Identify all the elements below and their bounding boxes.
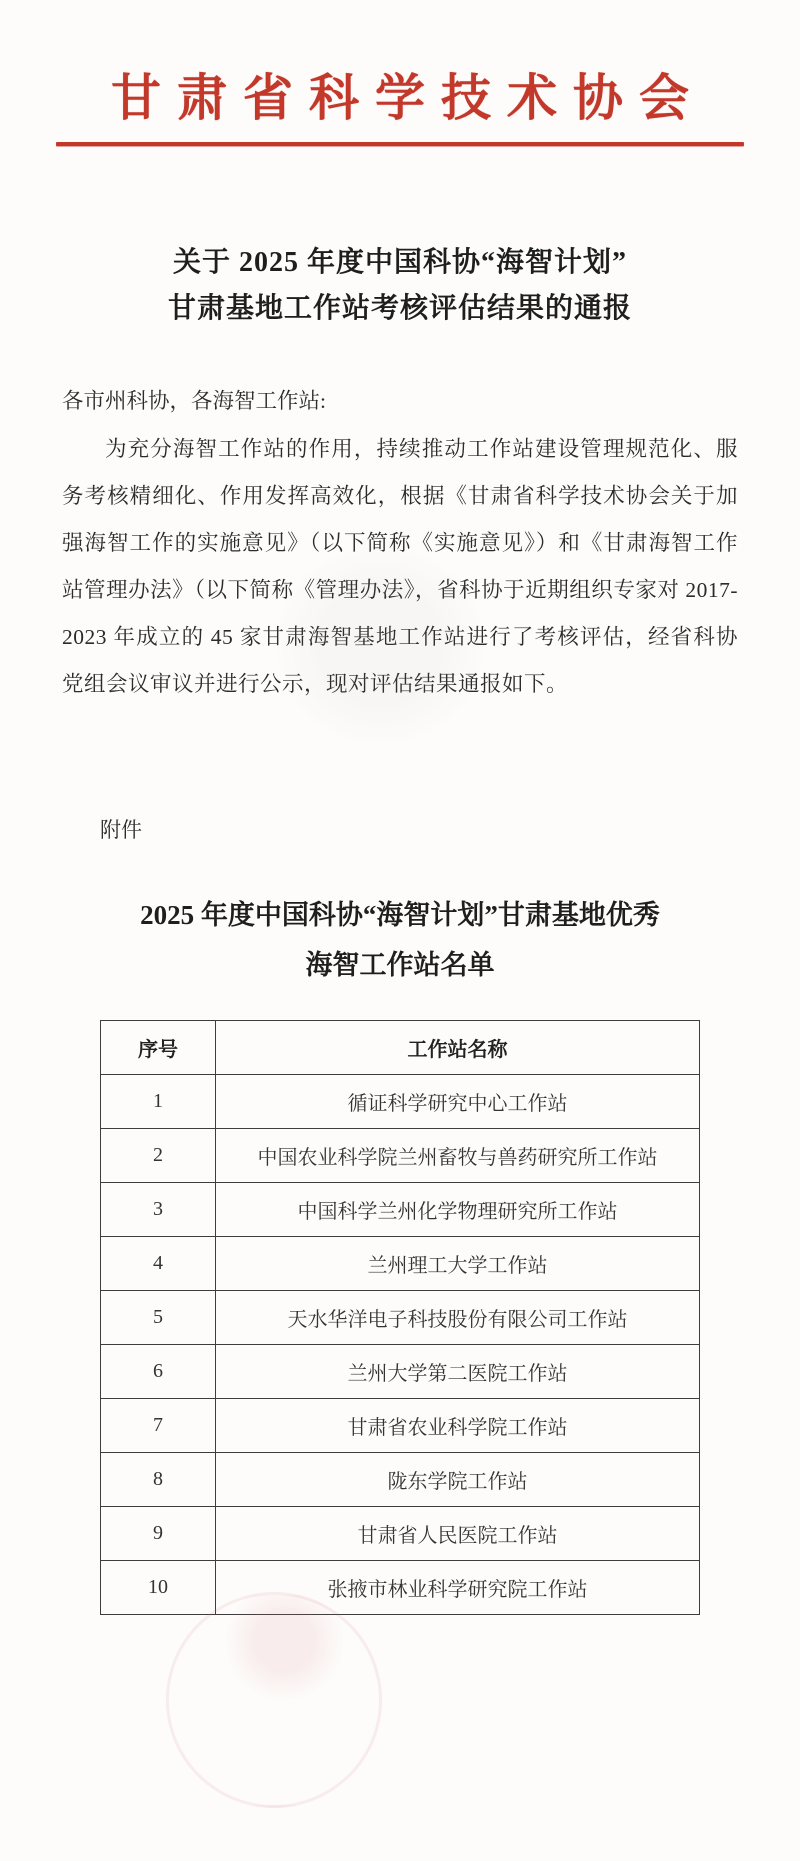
table-row: 7甘肃省农业科学院工作站 [101, 1399, 700, 1453]
header-cell-workstation-name: 工作站名称 [216, 1021, 700, 1075]
cell-serial-number: 3 [101, 1183, 216, 1237]
annex-title-line1: 2025 年度中国科协“海智计划”甘肃基地优秀 [0, 890, 800, 940]
faint-official-seal-stamp [166, 1592, 382, 1808]
cell-workstation-name: 甘肃省人民医院工作站 [216, 1507, 700, 1561]
table-row: 3中国科学兰州化学物理研究所工作站 [101, 1183, 700, 1237]
cell-workstation-name: 中国农业科学院兰州畜牧与兽药研究所工作站 [216, 1129, 700, 1183]
cell-serial-number: 9 [101, 1507, 216, 1561]
cell-serial-number: 7 [101, 1399, 216, 1453]
salutation-line: 各市州科协，各海智工作站: [62, 386, 738, 416]
org-masthead-title: 甘肃省科学技术协会 [0, 58, 800, 130]
cell-workstation-name: 兰州理工大学工作站 [216, 1237, 700, 1291]
cell-workstation-name: 天水华洋电子科技股份有限公司工作站 [216, 1291, 700, 1345]
table-row: 6兰州大学第二医院工作站 [101, 1345, 700, 1399]
document-title-line1: 关于 2025 年度中国科协“海智计划” [0, 240, 800, 286]
cell-workstation-name: 张掖市林业科学研究院工作站 [216, 1561, 700, 1615]
workstation-table-header: 序号 工作站名称 [101, 1021, 700, 1075]
cell-workstation-name: 循证科学研究中心工作站 [216, 1075, 700, 1129]
cell-workstation-name: 中国科学兰州化学物理研究所工作站 [216, 1183, 700, 1237]
cell-serial-number: 6 [101, 1345, 216, 1399]
scanned-document-page: 甘肃省科学技术协会 关于 2025 年度中国科协“海智计划” 甘肃基地工作站考核… [0, 0, 800, 1861]
cell-workstation-name: 兰州大学第二医院工作站 [216, 1345, 700, 1399]
workstation-table-body: 1循证科学研究中心工作站2中国农业科学院兰州畜牧与兽药研究所工作站3中国科学兰州… [101, 1075, 700, 1615]
workstation-table: 序号 工作站名称 1循证科学研究中心工作站2中国农业科学院兰州畜牧与兽药研究所工… [100, 1020, 700, 1615]
cell-serial-number: 1 [101, 1075, 216, 1129]
table-row: 4兰州理工大学工作站 [101, 1237, 700, 1291]
body-paragraph: 为充分海智工作站的作用，持续推动工作站建设管理规范化、服务考核精细化、作用发挥高… [62, 426, 738, 708]
annex-title: 2025 年度中国科协“海智计划”甘肃基地优秀 海智工作站名单 [0, 890, 800, 990]
header-cell-serial-number: 序号 [101, 1021, 216, 1075]
table-row: 2中国农业科学院兰州畜牧与兽药研究所工作站 [101, 1129, 700, 1183]
masthead-divider-rule [56, 142, 744, 146]
cell-workstation-name: 甘肃省农业科学院工作站 [216, 1399, 700, 1453]
table-row: 9甘肃省人民医院工作站 [101, 1507, 700, 1561]
table-row: 1循证科学研究中心工作站 [101, 1075, 700, 1129]
cell-serial-number: 2 [101, 1129, 216, 1183]
document-title: 关于 2025 年度中国科协“海智计划” 甘肃基地工作站考核评估结果的通报 [0, 240, 800, 332]
table-row: 10张掖市林业科学研究院工作站 [101, 1561, 700, 1615]
annex-title-line2: 海智工作站名单 [0, 940, 800, 990]
table-row: 8陇东学院工作站 [101, 1453, 700, 1507]
table-row: 5天水华洋电子科技股份有限公司工作站 [101, 1291, 700, 1345]
table-header-row: 序号 工作站名称 [101, 1021, 700, 1075]
cell-serial-number: 8 [101, 1453, 216, 1507]
cell-serial-number: 4 [101, 1237, 216, 1291]
attachment-label: 附件 [100, 814, 800, 844]
cell-workstation-name: 陇东学院工作站 [216, 1453, 700, 1507]
cell-serial-number: 10 [101, 1561, 216, 1615]
document-title-line2: 甘肃基地工作站考核评估结果的通报 [0, 286, 800, 332]
cell-serial-number: 5 [101, 1291, 216, 1345]
